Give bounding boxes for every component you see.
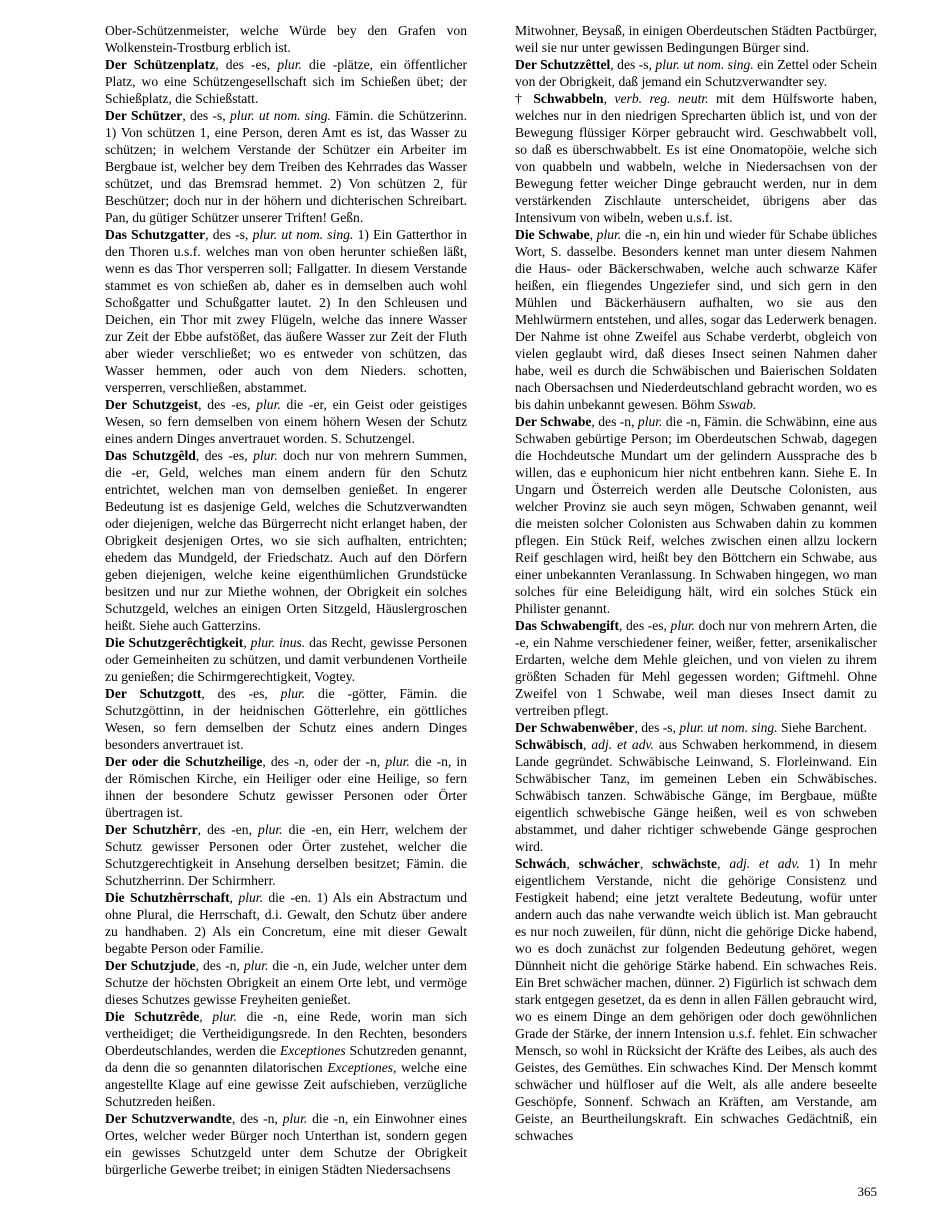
entry-text: , des -s, [610,57,655,72]
entry-text: die -n, ein hin und wieder für Schabe üb… [515,227,877,412]
grammar-label: plur. ut nom. sing. [230,108,331,123]
grammar-label: plur. [258,822,283,837]
entry-text: , des -es, [196,448,253,463]
grammar-label: plur. [238,890,263,905]
entry-text: 1) In mehr eigentlichem Verstande, nicht… [515,856,877,1143]
headword: Schwabbeln [533,91,603,106]
dictionary-entry: Der Schutzverwandte, des -n, plur. die -… [105,1110,467,1178]
grammar-label: plur. [212,1009,237,1024]
dictionary-entry: Der Schutzgeist, des -es, plur. die -er,… [105,396,467,447]
entry-text: , des -n, oder der -n, [262,754,385,769]
grammar-label: plur. [283,1111,308,1126]
entry-text: , [566,856,578,871]
dictionary-entry: Der Schützer, des -s, plur. ut nom. sing… [105,107,467,226]
dictionary-entry: Das Schwabengift, des -es, plur. doch nu… [515,617,877,719]
dictionary-page: Ober-Schützenmeister, welche Würde bey d… [0,0,935,1210]
entry-text: , des -n, [196,958,244,973]
headword: Die Schwabe [515,227,590,242]
headword: Der Schutzhêrr [105,822,198,837]
grammar-label: plur. [277,57,302,72]
entry-text: mit dem Hülfsworte haben, welches nur in… [515,91,877,225]
headword: Der Schwabenwêber [515,720,634,735]
headword: schwácher [579,856,640,871]
dictionary-entry: Der Schutzhêrr, des -en, plur. die -en, … [105,821,467,889]
dictionary-entry: Der Schwabenwêber, des -s, plur. ut nom.… [515,719,877,736]
entry-text: , des -n, [232,1111,283,1126]
grammar-label: plur. [281,686,306,701]
headword: Der oder die Schutzheilige [105,754,262,769]
entry-text: † [515,91,533,106]
dictionary-entry: Der Schützenplatz, des -es, plur. die -p… [105,56,467,107]
entry-text: Siehe Barchent. [778,720,867,735]
dictionary-entry: Schwäbisch, adj. et adv. aus Schwaben he… [515,736,877,855]
headword: Der Schutzjude [105,958,196,973]
entry-text: , [717,856,729,871]
grammar-label: plur. ut nom. sing. [655,57,753,72]
grammar-label: plur. ut nom. sing. [679,720,777,735]
dictionary-entry: Das Schutzgêld, des -es, plur. doch nur … [105,447,467,634]
entry-text: , des -es, [198,397,256,412]
entry-text: , des -s, [182,108,230,123]
headword: Das Schwabengift [515,618,619,633]
dictionary-entry: Der Schwabe, des -n, plur. die -n, Fämin… [515,413,877,617]
entry-text: , [199,1009,212,1024]
dictionary-entry: Ober-Schützenmeister, welche Würde bey d… [105,22,467,56]
headword: schwächste [652,856,717,871]
entry-text: die -n, Fämin. die Schwäbinn, eine aus S… [515,414,877,616]
grammar-label: plur. [253,448,278,463]
headword: Die Schutzhêrrschaft [105,890,230,905]
headword: Das Schutzgêld [105,448,196,463]
entry-text: doch nur von mehrern Arten, die -e, ein … [515,618,877,718]
dictionary-entry: Das Schutzgatter, des -s, plur. ut nom. … [105,226,467,396]
grammar-label: plur. [244,958,269,973]
headword: Schwách [515,856,566,871]
dictionary-entry: Der Schutzgott, des -es, plur. die -gött… [105,685,467,753]
headword: Der Schutzgott [105,686,201,701]
text-column-right: Mitwohner, Beysaß, in einigen Oberdeutsc… [515,22,877,1187]
entry-text: , des -n, [591,414,637,429]
entry-text: , des -es, [619,618,671,633]
dictionary-entry: Die Schutzrêde, plur. die -n, eine Rede,… [105,1008,467,1110]
text-column-left: Ober-Schützenmeister, welche Würde bey d… [105,22,467,1187]
page-number: 365 [858,1185,878,1198]
entry-text: , [604,91,615,106]
grammar-label: plur. [597,227,622,242]
entry-text: , des -s, [205,227,252,242]
entry-text: Fämin. die Schützerinn. 1) Von schützen … [105,108,467,225]
dictionary-entry: Die Schutzhêrrschaft, plur. die -en. 1) … [105,889,467,957]
grammar-label: adj. et adv. [729,856,799,871]
entry-text: , des -es, [215,57,277,72]
dictionary-entry: Der oder die Schutzheilige, des -n, oder… [105,753,467,821]
entry-text: Ober-Schützenmeister, welche Würde bey d… [105,23,467,55]
grammar-label: Sswab. [718,397,756,412]
headword: Der Schutzverwandte [105,1111,232,1126]
dictionary-entry: Schwách, schwácher, schwächste, adj. et … [515,855,877,1144]
headword: Der Schutzgeist [105,397,198,412]
grammar-label: plur. inus. [251,635,306,650]
entry-text: , [640,856,652,871]
dictionary-entry: Die Schwabe, plur. die -n, ein hin und w… [515,226,877,413]
entry-text: 1) Ein Gatterthor in den Thoren u.s.f. w… [105,227,467,395]
headword: Der Schützenplatz [105,57,215,72]
dictionary-entry: † Schwabbeln, verb. reg. neutr. mit dem … [515,90,877,226]
entry-text: , [590,227,597,242]
headword: Das Schutzgatter [105,227,205,242]
headword: Die Schutzrêde [105,1009,199,1024]
grammar-label: adj. et adv. [591,737,654,752]
headword: Der Schutzzêttel [515,57,610,72]
grammar-label: plur. ut nom. sing. [253,227,354,242]
dictionary-entry: Der Schutzzêttel, des -s, plur. ut nom. … [515,56,877,90]
grammar-label: plur. [256,397,281,412]
entry-text: , des -s, [634,720,679,735]
entry-text: , des -es, [201,686,280,701]
grammar-label: plur. [385,754,410,769]
entry-text: , des -en, [198,822,258,837]
grammar-label: Exceptiones, [327,1060,396,1075]
headword: Schwäbisch [515,737,583,752]
grammar-label: Exceptiones [280,1043,346,1058]
entry-text: doch nur von mehrern Summen, die -er, Ge… [105,448,467,633]
headword: Die Schutzgerêchtigkeit [105,635,243,650]
dictionary-entry: Mitwohner, Beysaß, in einigen Oberdeutsc… [515,22,877,56]
dictionary-entry: Die Schutzgerêchtigkeit, plur. inus. das… [105,634,467,685]
page-content: Ober-Schützenmeister, welche Würde bey d… [105,22,877,1187]
headword: Der Schützer [105,108,182,123]
grammar-label: plur. [671,618,696,633]
dictionary-entry: Der Schutzjude, des -n, plur. die -n, ei… [105,957,467,1008]
entry-text: , [243,635,250,650]
grammar-label: verb. reg. neutr. [614,91,708,106]
grammar-label: plur. [638,414,663,429]
headword: Der Schwabe [515,414,591,429]
entry-text: Mitwohner, Beysaß, in einigen Oberdeutsc… [515,23,877,55]
entry-text: aus Schwaben herkommend, in diesem Lande… [515,737,877,854]
